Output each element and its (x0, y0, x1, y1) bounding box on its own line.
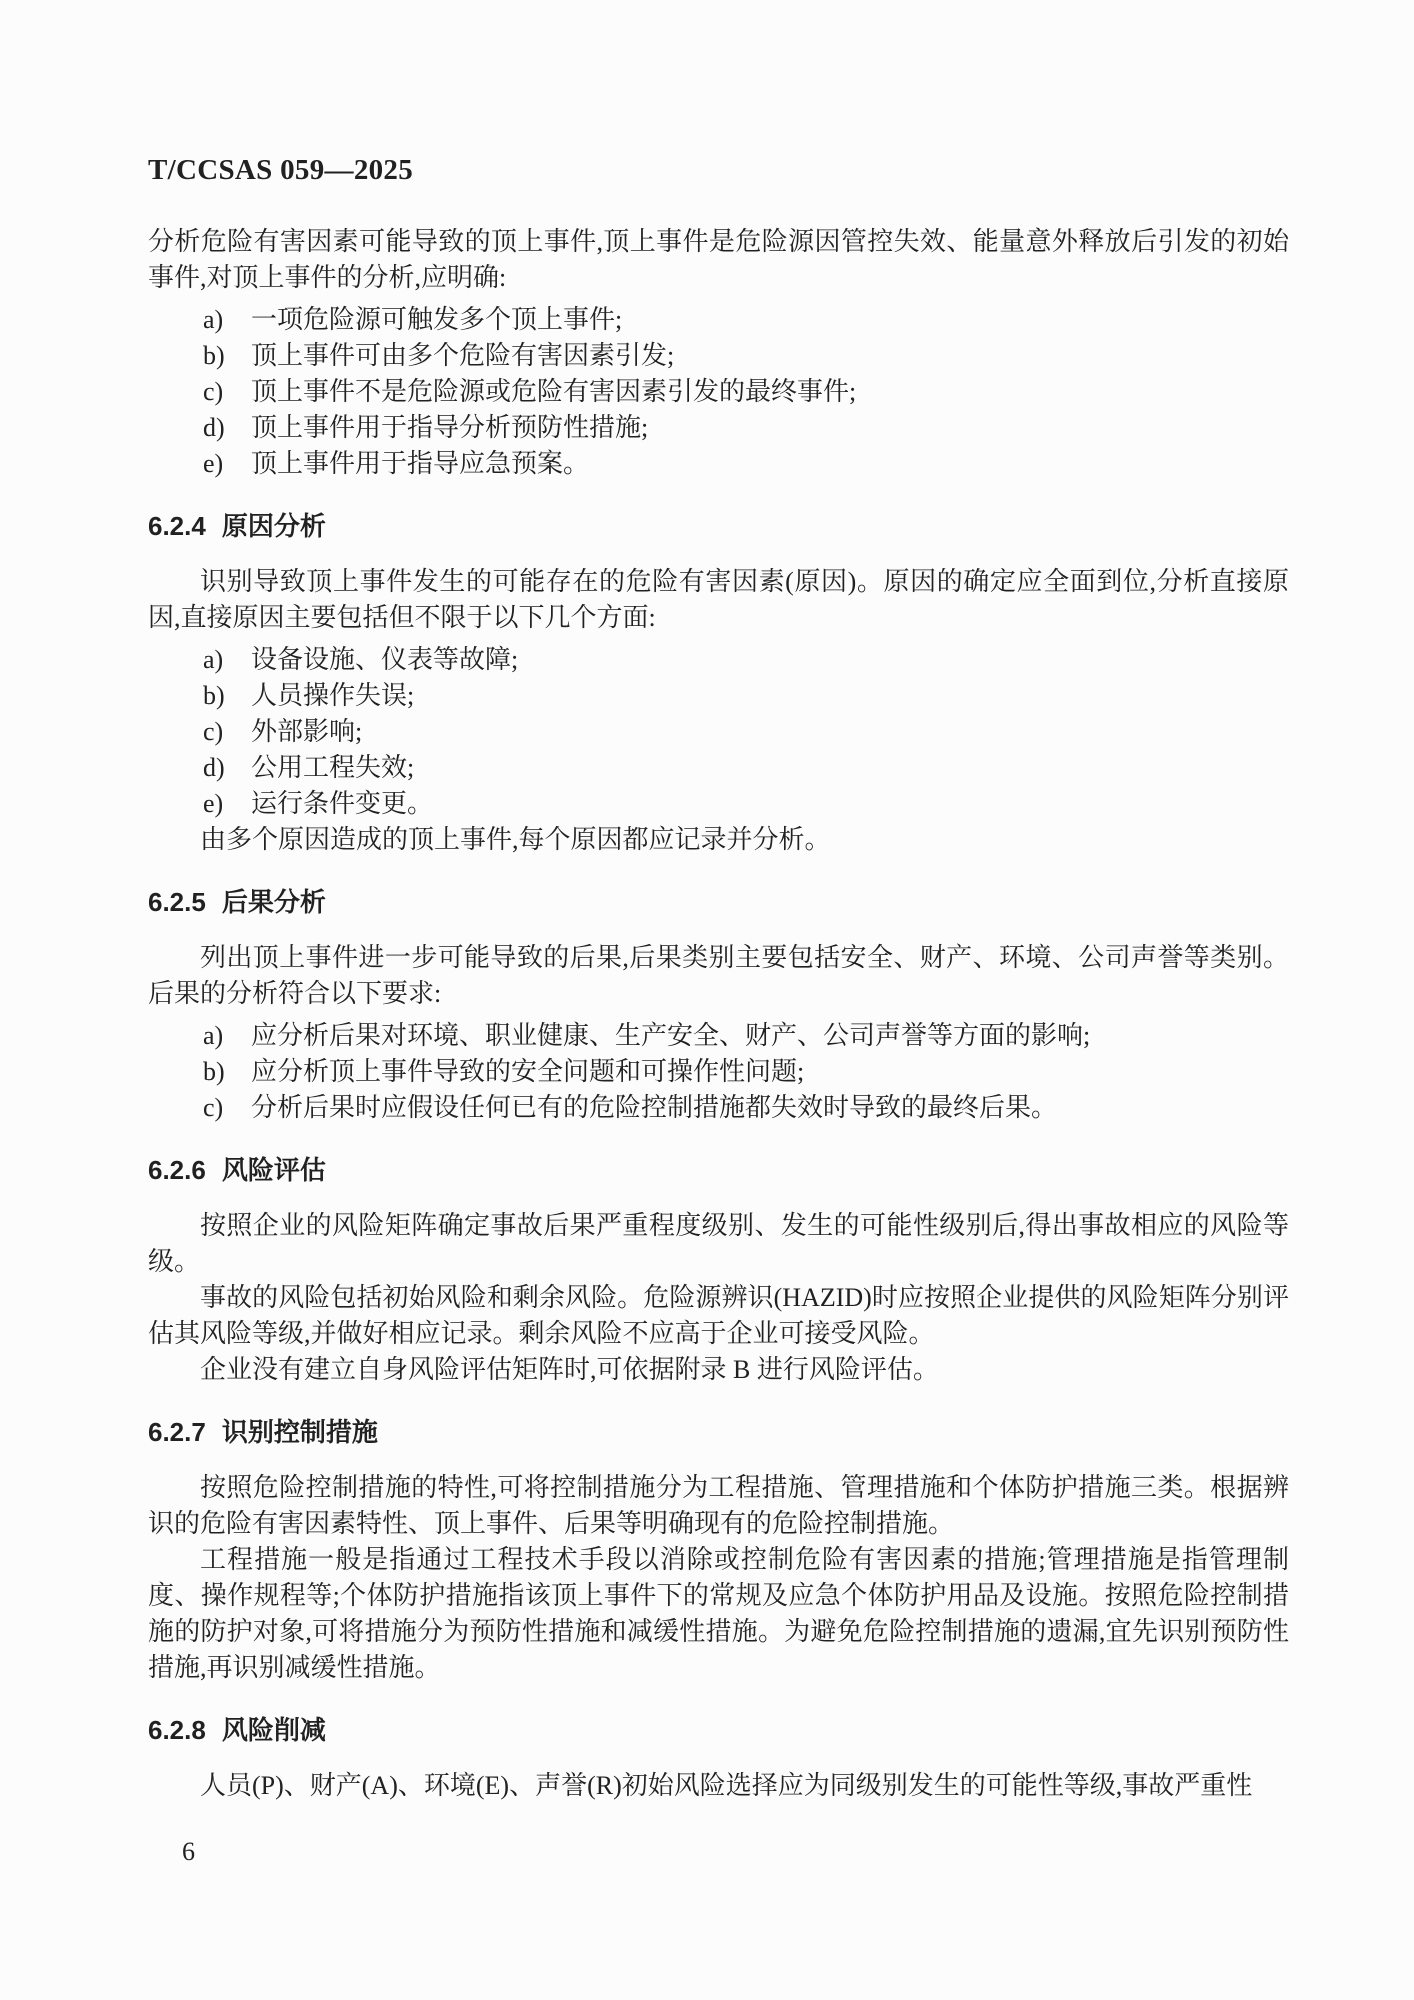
list-item-label: b) (203, 1054, 251, 1090)
section-number: 6.2.5 (148, 887, 206, 917)
list-item-label: b) (203, 678, 251, 714)
list-item-text: 运行条件变更。 (251, 786, 1289, 822)
paragraph: 工程措施一般是指通过工程技术手段以消除或控制危险有害因素的措施;管理措施是指管理… (148, 1542, 1289, 1686)
list-item-text: 分析后果时应假设任何已有的危险控制措施都失效时导致的最终后果。 (251, 1090, 1289, 1126)
list-item-label: c) (203, 374, 251, 410)
list-item-text: 设备设施、仪表等故障; (251, 642, 1289, 678)
list-item: e) 运行条件变更。 (148, 786, 1289, 822)
list-item-text: 公用工程失效; (251, 750, 1289, 786)
section-title: 识别控制措施 (222, 1417, 378, 1447)
section-heading-6-2-7: 6.2.7识别控制措施 (148, 1414, 1289, 1450)
page-number: 6 (182, 1834, 195, 1870)
section-number: 6.2.6 (148, 1155, 206, 1185)
section-heading-6-2-4: 6.2.4原因分析 (148, 508, 1289, 544)
list-item: c) 外部影响; (148, 714, 1289, 750)
list-item-label: e) (203, 446, 251, 482)
list-item-text: 外部影响; (251, 714, 1289, 750)
list-item-label: a) (203, 642, 251, 678)
list-item-text: 一项危险源可触发多个顶上事件; (251, 302, 1289, 338)
list-item-label: d) (203, 410, 251, 446)
list-item-text: 顶上事件用于指导分析预防性措施; (251, 410, 1289, 446)
list-item: d) 公用工程失效; (148, 750, 1289, 786)
paragraph: 人员(P)、财产(A)、环境(E)、声誉(R)初始风险选择应为同级别发生的可能性… (148, 1768, 1289, 1804)
document-content: T/CCSAS 059—2025 分析危险有害因素可能导致的顶上事件,顶上事件是… (0, 0, 1414, 1804)
list-item-text: 顶上事件可由多个危险有害因素引发; (251, 338, 1289, 374)
section-heading-6-2-6: 6.2.6风险评估 (148, 1152, 1289, 1188)
list-item-text: 应分析后果对环境、职业健康、生产安全、财产、公司声誉等方面的影响; (251, 1018, 1289, 1054)
list-item-label: d) (203, 750, 251, 786)
standard-number-header: T/CCSAS 059—2025 (148, 150, 1289, 190)
requirement-list: a) 应分析后果对环境、职业健康、生产安全、财产、公司声誉等方面的影响; b) … (148, 1018, 1289, 1126)
list-item: c) 分析后果时应假设任何已有的危险控制措施都失效时导致的最终后果。 (148, 1090, 1289, 1126)
paragraph: 识别导致顶上事件发生的可能存在的危险有害因素(原因)。原因的确定应全面到位,分析… (148, 564, 1289, 636)
section-heading-6-2-8: 6.2.8风险削减 (148, 1712, 1289, 1748)
section-number: 6.2.7 (148, 1417, 206, 1447)
list-item-label: a) (203, 1018, 251, 1054)
list-item-label: e) (203, 786, 251, 822)
list-item-label: b) (203, 338, 251, 374)
section-title: 风险评估 (222, 1155, 326, 1185)
list-item: b) 应分析顶上事件导致的安全问题和可操作性问题; (148, 1054, 1289, 1090)
paragraph: 企业没有建立自身风险评估矩阵时,可依据附录 B 进行风险评估。 (148, 1352, 1289, 1388)
list-item-label: c) (203, 1090, 251, 1126)
list-item-label: c) (203, 714, 251, 750)
list-item-text: 人员操作失误; (251, 678, 1289, 714)
list-item: a) 应分析后果对环境、职业健康、生产安全、财产、公司声誉等方面的影响; (148, 1018, 1289, 1054)
paragraph: 按照危险控制措施的特性,可将控制措施分为工程措施、管理措施和个体防护措施三类。根… (148, 1470, 1289, 1542)
list-item: b) 顶上事件可由多个危险有害因素引发; (148, 338, 1289, 374)
list-item: b) 人员操作失误; (148, 678, 1289, 714)
section-title: 原因分析 (222, 511, 326, 541)
top-event-list: a) 一项危险源可触发多个顶上事件; b) 顶上事件可由多个危险有害因素引发; … (148, 302, 1289, 482)
section-title: 后果分析 (222, 887, 326, 917)
list-item: c) 顶上事件不是危险源或危险有害因素引发的最终事件; (148, 374, 1289, 410)
cause-list: a) 设备设施、仪表等故障; b) 人员操作失误; c) 外部影响; d) 公用… (148, 642, 1289, 822)
paragraph: 按照企业的风险矩阵确定事故后果严重程度级别、发生的可能性级别后,得出事故相应的风… (148, 1208, 1289, 1280)
document-page: T/CCSAS 059—2025 分析危险有害因素可能导致的顶上事件,顶上事件是… (0, 0, 1414, 2000)
section-heading-6-2-5: 6.2.5后果分析 (148, 884, 1289, 920)
section-number: 6.2.4 (148, 511, 206, 541)
paragraph: 由多个原因造成的顶上事件,每个原因都应记录并分析。 (148, 822, 1289, 858)
list-item: d) 顶上事件用于指导分析预防性措施; (148, 410, 1289, 446)
list-item-text: 顶上事件不是危险源或危险有害因素引发的最终事件; (251, 374, 1289, 410)
list-item: e) 顶上事件用于指导应急预案。 (148, 446, 1289, 482)
list-item: a) 一项危险源可触发多个顶上事件; (148, 302, 1289, 338)
list-item-label: a) (203, 302, 251, 338)
paragraph: 列出顶上事件进一步可能导致的后果,后果类别主要包括安全、财产、环境、公司声誉等类… (148, 940, 1289, 1012)
intro-paragraph: 分析危险有害因素可能导致的顶上事件,顶上事件是危险源因管控失效、能量意外释放后引… (148, 224, 1289, 296)
paragraph: 事故的风险包括初始风险和剩余风险。危险源辨识(HAZID)时应按照企业提供的风险… (148, 1280, 1289, 1352)
list-item-text: 应分析顶上事件导致的安全问题和可操作性问题; (251, 1054, 1289, 1090)
list-item-text: 顶上事件用于指导应急预案。 (251, 446, 1289, 482)
section-title: 风险削减 (222, 1715, 326, 1745)
section-number: 6.2.8 (148, 1715, 206, 1745)
list-item: a) 设备设施、仪表等故障; (148, 642, 1289, 678)
